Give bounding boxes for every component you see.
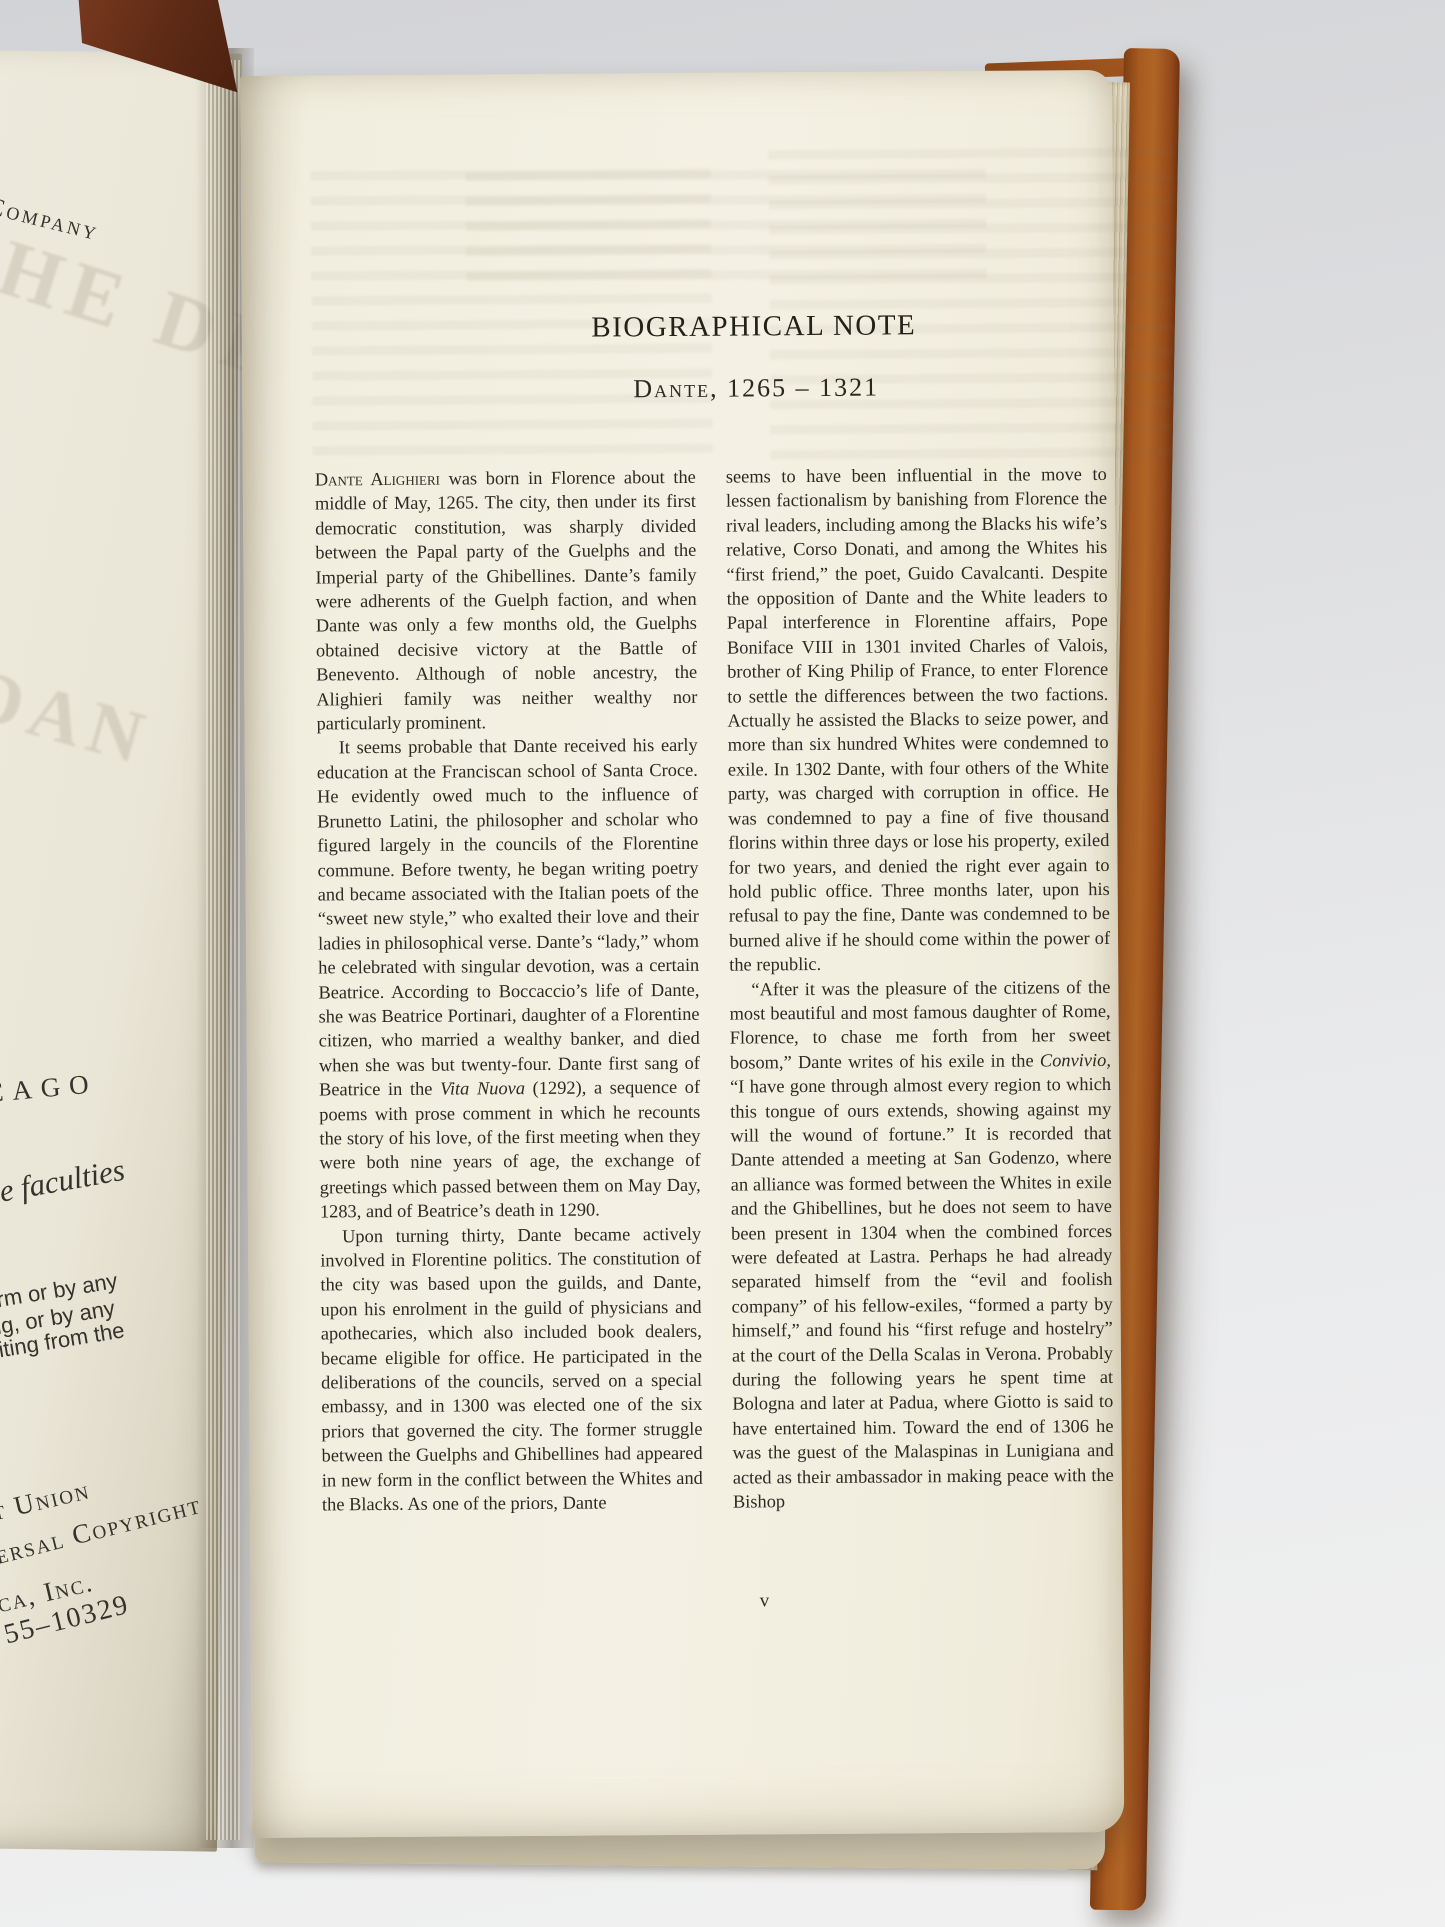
column-right: seems to have been influential in the mo… (726, 462, 1114, 1514)
verso-fragment-faculties: the faculties (0, 1152, 127, 1214)
text-segment: Convivio, (1040, 1050, 1111, 1070)
paragraph: Dante Alighieri was born in Florence abo… (315, 465, 698, 736)
verso-fragment-chicago: CAGO (0, 1068, 99, 1109)
text-segment: was born in Florence about the middle of… (315, 467, 697, 734)
open-book-photo: Company HE DI DAN CAGO the faculties for… (0, 0, 1445, 1927)
paragraph: Upon turning thirty, Dante became active… (320, 1221, 703, 1517)
body-text: Dante Alighieri was born in Florence abo… (315, 462, 1114, 1517)
column-left: Dante Alighieri was born in Florence abo… (315, 465, 703, 1517)
verso-showthrough-title-2: DAN (0, 652, 160, 784)
text-segment: It seems probable that Dante received hi… (317, 735, 700, 1099)
page-number: v (760, 1590, 770, 1612)
text-segment: Vita Nuova (440, 1078, 525, 1099)
paragraph: “After it was the pleasure of the citize… (729, 974, 1114, 1514)
showthrough-ghost-top (466, 169, 987, 293)
gutter-page-edges (206, 60, 240, 1840)
page-title: BIOGRAPHICAL NOTE (591, 309, 916, 344)
paragraph: It seems probable that Dante received hi… (317, 733, 701, 1224)
recto-page: BIOGRAPHICAL NOTE Dante, 1265 – 1321 Dan… (240, 70, 1124, 1838)
text-segment: Dante Alighieri (315, 469, 440, 490)
text-segment: Upon turning thirty, Dante became active… (320, 1223, 703, 1514)
text-segment: “I have gone through almost every region… (730, 1074, 1114, 1512)
text-segment: seems to have been influential in the mo… (726, 464, 1110, 975)
paragraph: seems to have been influential in the mo… (726, 462, 1111, 977)
page-subtitle: Dante, 1265 – 1321 (633, 373, 879, 405)
